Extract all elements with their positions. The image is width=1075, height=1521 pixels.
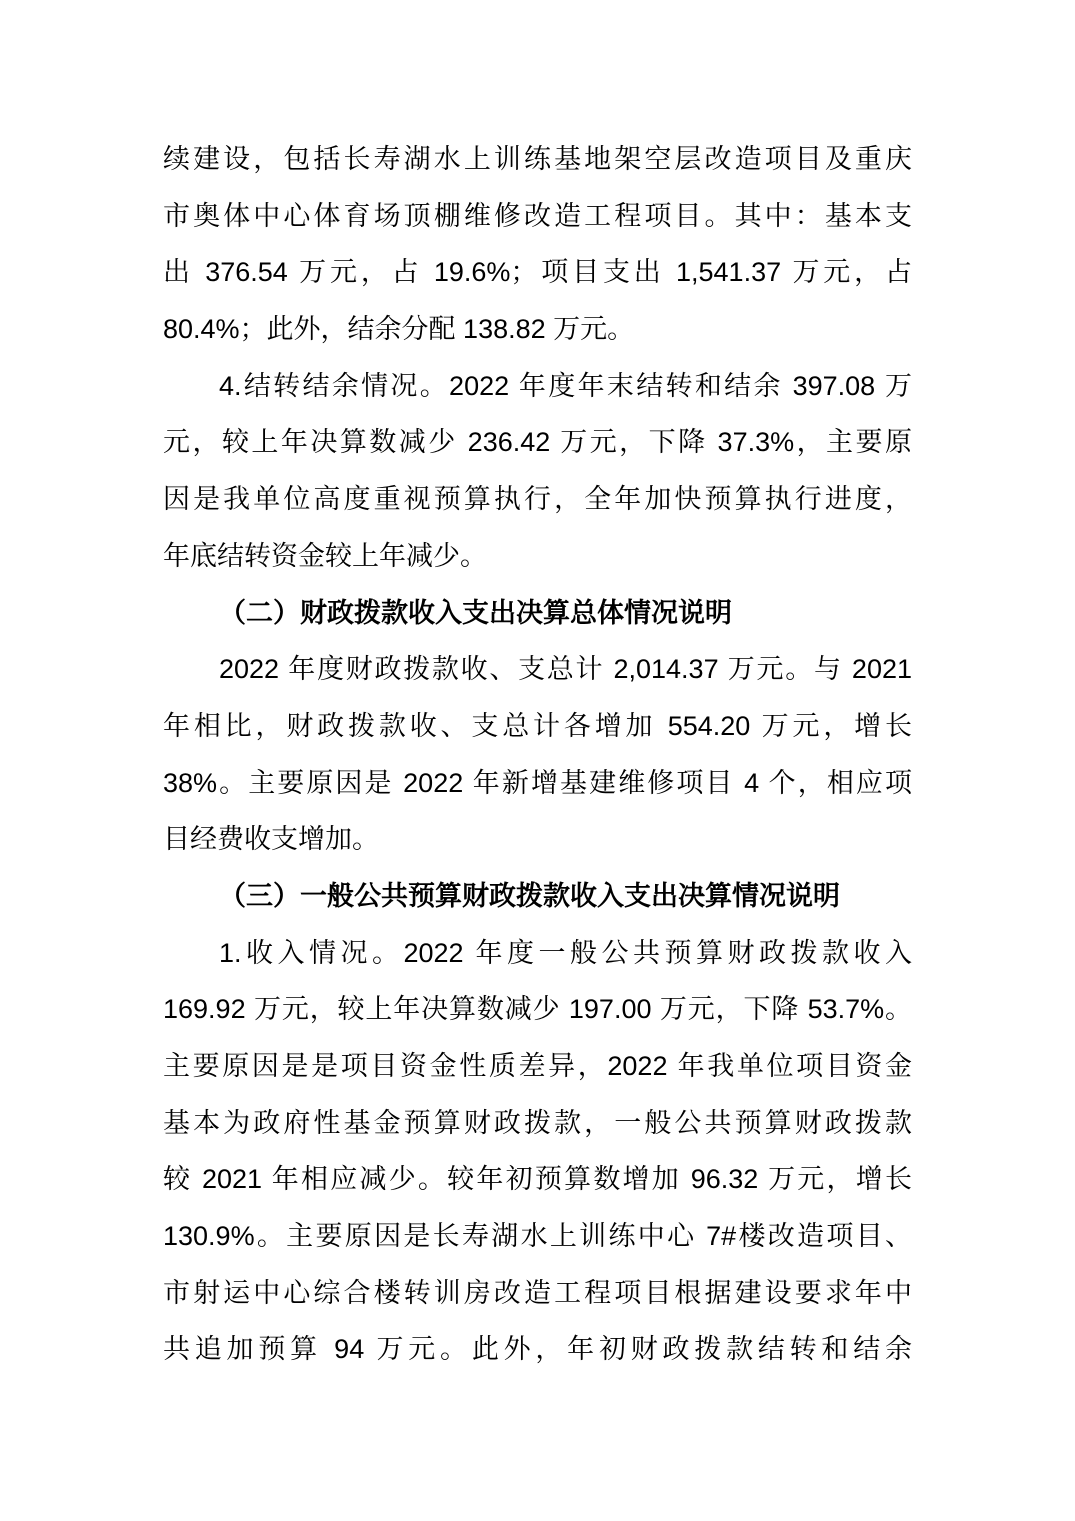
text-line: 基本为政府性基金预算财政拨款，一般公共预算财政拨款 [163, 1095, 912, 1152]
text-line: 130.9%。主要原因是长寿湖水上训练中心 7#楼改造项目、 [163, 1208, 912, 1265]
text-line: 1.收入情况。2022 年度一般公共预算财政拨款收入 [163, 925, 912, 982]
text-line: 年底结转资金较上年减少。 [163, 528, 912, 585]
text-line: 因是我单位高度重视预算执行，全年加快预算执行进度， [163, 471, 912, 528]
text-line: 较 2021 年相应减少。较年初预算数增加 96.32 万元，增长 [163, 1151, 912, 1208]
text-line: 主要原因是是项目资金性质差异，2022 年我单位项目资金 [163, 1038, 912, 1095]
text-line: 80.4%；此外，结余分配 138.82 万元。 [163, 301, 912, 358]
document-text-block: 续建设，包括长寿湖水上训练基地架空层改造项目及重庆市奥体中心体育场顶棚维修改造工… [163, 131, 912, 1378]
section-heading-line: （三）一般公共预算财政拨款收入支出决算情况说明 [163, 868, 912, 925]
text-line: 出 376.54 万元，占 19.6%；项目支出 1,541.37 万元，占 [163, 244, 912, 301]
text-line: 169.92 万元，较上年决算数减少 197.00 万元，下降 53.7%。 [163, 981, 912, 1038]
text-line: 38%。主要原因是 2022 年新增基建维修项目 4 个，相应项 [163, 755, 912, 812]
text-line: 共追加预算 94 万元。此外，年初财政拨款结转和结余 [163, 1321, 912, 1378]
text-line: 年相比，财政拨款收、支总计各增加 554.20 万元，增长 [163, 698, 912, 755]
text-line: 2022 年度财政拨款收、支总计 2,014.37 万元。与 2021 [163, 641, 912, 698]
text-line: 市奥体中心体育场顶棚维修改造工程项目。其中：基本支 [163, 188, 912, 245]
section-heading-line: （二）财政拨款收入支出决算总体情况说明 [163, 585, 912, 642]
document-page: 续建设，包括长寿湖水上训练基地架空层改造项目及重庆市奥体中心体育场顶棚维修改造工… [0, 0, 1075, 1521]
text-line: 4.结转结余情况。2022 年度年末结转和结余 397.08 万 [163, 358, 912, 415]
text-line: 市射运中心综合楼转训房改造工程项目根据建设要求年中 [163, 1265, 912, 1322]
text-line: 续建设，包括长寿湖水上训练基地架空层改造项目及重庆 [163, 131, 912, 188]
text-line: 目经费收支增加。 [163, 811, 912, 868]
text-line: 元，较上年决算数减少 236.42 万元，下降 37.3%，主要原 [163, 414, 912, 471]
